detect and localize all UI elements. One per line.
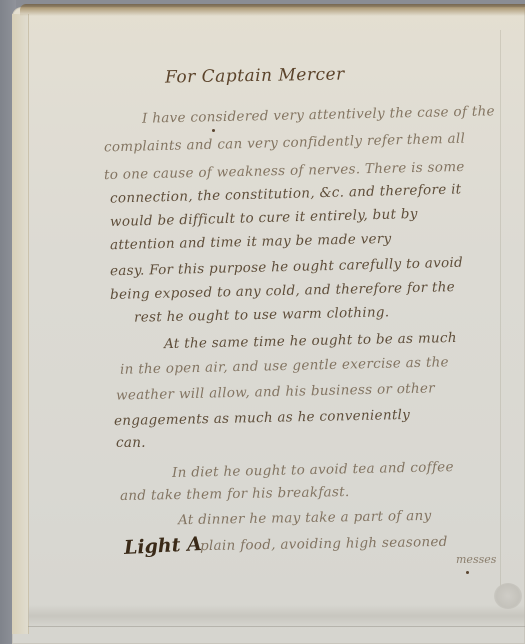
letter-heading: For Captain Mercer <box>165 64 345 87</box>
page-binding-strip <box>12 14 29 634</box>
body-line: can. <box>116 435 146 451</box>
page-top-edge-stain <box>20 4 525 16</box>
page-bottom-fold <box>28 605 525 627</box>
ink-speck <box>212 129 215 132</box>
catchword-signature: Light A <box>123 533 202 559</box>
ink-speck <box>466 571 469 574</box>
continuation-word: messes <box>456 553 496 566</box>
page-fold-line <box>500 30 501 590</box>
page-bottom-crease <box>28 626 525 627</box>
seal-mark <box>494 583 522 609</box>
